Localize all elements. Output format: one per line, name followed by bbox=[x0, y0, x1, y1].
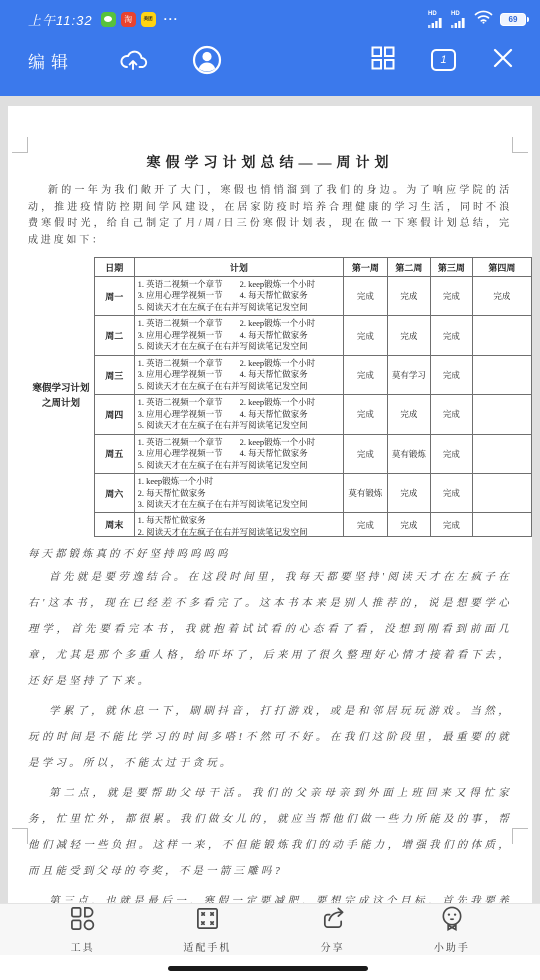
sim1-signal-icon: HD bbox=[428, 11, 444, 28]
week-status-cell: 莫有学习 bbox=[387, 355, 431, 394]
day-cell: 周五 bbox=[95, 434, 135, 473]
sim2-signal-icon: HD bbox=[451, 11, 467, 28]
share-label: 分享 bbox=[321, 939, 345, 954]
week-status-cell: 完成 bbox=[431, 355, 473, 394]
week-status-cell: 莫有锻炼 bbox=[387, 434, 431, 473]
day-cell: 周六 bbox=[95, 474, 135, 513]
week-status-cell bbox=[472, 395, 531, 434]
cloud-upload-button[interactable] bbox=[118, 48, 148, 72]
body-paragraph-2: 学累了，就休息一下，刷刷抖音，打打游戏，或是和邻居玩玩游戏。当然，玩的时间是不能… bbox=[28, 699, 512, 777]
document-page[interactable]: 寒假学习计划总结——周计划 新的一年为我们敞开了大门，寒假也悄悄溜到了我们的身边… bbox=[8, 106, 532, 903]
assistant-button[interactable]: 小助手 bbox=[434, 905, 470, 954]
edit-button[interactable]: 编辑 bbox=[28, 48, 74, 73]
table-header-row: 日期 计划 第一周 第二周 第三周 第四周 bbox=[95, 258, 532, 277]
weekly-plan-table-section: 寒假学习计划之周计划 日期 计划 第一周 第二周 第三周 第四周 周一1. bbox=[28, 257, 532, 537]
close-icon[interactable] bbox=[492, 47, 514, 74]
plan-table-row: 周末1. 每天帮忙做家务 2. 阅读天才在左疯子在右并写阅读笔记发空间完成完成完… bbox=[95, 513, 532, 537]
header-week4: 第四周 bbox=[472, 258, 531, 277]
plan-cell: 1. 每天帮忙做家务 2. 阅读天才在左疯子在右并写阅读笔记发空间 bbox=[134, 513, 344, 537]
table-row-group-label: 寒假学习计划之周计划 bbox=[28, 257, 94, 537]
gesture-nav-area bbox=[0, 955, 540, 980]
green-app-icon bbox=[101, 12, 116, 27]
day-cell: 周二 bbox=[95, 316, 135, 355]
day-cell: 周四 bbox=[95, 395, 135, 434]
wifi-icon bbox=[474, 10, 493, 29]
meituan-app-icon: 美团 bbox=[141, 12, 156, 27]
plan-table-row: 周三1. 英语二视频一个章节 2. keep锻炼一个小时 3. 应用心理学视频一… bbox=[95, 355, 532, 394]
header-date: 日期 bbox=[95, 258, 135, 277]
share-icon bbox=[320, 906, 346, 936]
tools-label: 工具 bbox=[71, 939, 95, 954]
more-notifications-dots: ··· bbox=[164, 12, 179, 26]
margin-mark-top-right bbox=[512, 137, 528, 153]
plan-table-row: 周六1. keep锻炼一个小时 2. 每天帮忙做家务 3. 阅读天才在左疯子在右… bbox=[95, 474, 532, 513]
clock: 上午11:32 bbox=[28, 10, 93, 29]
top-chrome: 上午11:32 淘 美团 ··· HD HD 69 编辑 bbox=[0, 0, 540, 96]
status-bar: 上午11:32 淘 美团 ··· HD HD 69 bbox=[0, 0, 540, 34]
week-status-cell: 完成 bbox=[431, 277, 473, 316]
body-paragraph-3: 第二点，就是要帮助父母干活。我们的父亲母亲到外面上班回来又得忙家务，忙里忙外，都… bbox=[28, 781, 512, 885]
plan-cell: 1. 英语二视频一个章节 2. keep锻炼一个小时 3. 应用心理学视频一节 … bbox=[134, 316, 344, 355]
plan-cell: 1. keep锻炼一个小时 2. 每天帮忙做家务 3. 阅读天才在左疯子在右并写… bbox=[134, 474, 344, 513]
fit-to-phone-button[interactable]: 适配手机 bbox=[183, 906, 231, 954]
intro-paragraph: 新的一年为我们敞开了大门，寒假也悄悄溜到了我们的身边。为了响应学院的活动，推进疫… bbox=[28, 183, 512, 249]
week-status-cell: 完成 bbox=[387, 395, 431, 434]
notification-app-icons: 淘 美团 bbox=[101, 12, 156, 27]
margin-mark-bottom-left bbox=[12, 828, 28, 844]
document-viewport[interactable]: 寒假学习计划总结——周计划 新的一年为我们敞开了大门，寒假也悄悄溜到了我们的身边… bbox=[0, 96, 540, 903]
week-status-cell: 完成 bbox=[431, 316, 473, 355]
week-status-cell bbox=[472, 316, 531, 355]
week-status-cell bbox=[472, 355, 531, 394]
tools-grid-icon bbox=[70, 906, 95, 936]
battery-icon: 69 bbox=[500, 13, 526, 26]
plan-cell: 1. 英语二视频一个章节 2. keep锻炼一个小时 3. 应用心理学视频一节 … bbox=[134, 355, 344, 394]
week-status-cell bbox=[472, 434, 531, 473]
week-status-cell: 完成 bbox=[344, 316, 388, 355]
plan-cell: 1. 英语二视频一个章节 2. keep锻炼一个小时 3. 应用心理学视频一节 … bbox=[134, 395, 344, 434]
bottom-toolbar: 工具 适配手机 分享 小助手 bbox=[0, 903, 540, 955]
day-cell: 周三 bbox=[95, 355, 135, 394]
week-status-cell: 完成 bbox=[344, 513, 388, 537]
plan-table-row: 周四1. 英语二视频一个章节 2. keep锻炼一个小时 3. 应用心理学视频一… bbox=[95, 395, 532, 434]
page-indicator[interactable]: 1 bbox=[431, 49, 456, 71]
week-status-cell bbox=[472, 474, 531, 513]
fit-to-phone-label: 适配手机 bbox=[183, 939, 231, 954]
week-status-cell bbox=[472, 513, 531, 537]
document-toolbar: 编辑 1 bbox=[0, 34, 540, 94]
document-title: 寒假学习计划总结——周计划 bbox=[28, 152, 512, 172]
grid-view-button[interactable] bbox=[371, 46, 395, 75]
week-status-cell: 完成 bbox=[431, 513, 473, 537]
body-paragraph-1: 首先就是要劳逸结合。在这段时间里，我每天都要坚持'阅读天才在左疯子在右'这本书，… bbox=[28, 565, 512, 695]
margin-mark-bottom-right bbox=[512, 828, 528, 844]
header-week3: 第三周 bbox=[431, 258, 473, 277]
weekly-plan-table: 日期 计划 第一周 第二周 第三周 第四周 周一1. 英语二视频一个章节 2. … bbox=[94, 257, 532, 537]
week-status-cell: 完成 bbox=[387, 277, 431, 316]
share-button[interactable]: 分享 bbox=[320, 906, 346, 954]
week-status-cell: 莫有锻炼 bbox=[344, 474, 388, 513]
plan-cell: 1. 英语二视频一个章节 2. keep锻炼一个小时 3. 应用心理学视频一节 … bbox=[134, 434, 344, 473]
week-status-cell: 完成 bbox=[344, 395, 388, 434]
week-status-cell: 完成 bbox=[387, 316, 431, 355]
week-status-cell: 完成 bbox=[344, 277, 388, 316]
plan-table-row: 周五1. 英语二视频一个章节 2. keep锻炼一个小时 3. 应用心理学视频一… bbox=[95, 434, 532, 473]
week-status-cell: 完成 bbox=[431, 395, 473, 434]
plan-table-row: 周一1. 英语二视频一个章节 2. keep锻炼一个小时 3. 应用心理学视频一… bbox=[95, 277, 532, 316]
plan-cell: 1. 英语二视频一个章节 2. keep锻炼一个小时 3. 应用心理学视频一节 … bbox=[134, 277, 344, 316]
week-status-cell: 完成 bbox=[387, 474, 431, 513]
taobao-app-icon: 淘 bbox=[121, 12, 136, 27]
header-plan: 计划 bbox=[134, 258, 344, 277]
week-status-cell: 完成 bbox=[344, 355, 388, 394]
day-cell: 周一 bbox=[95, 277, 135, 316]
week-status-cell: 完成 bbox=[387, 513, 431, 537]
week-status-cell: 完成 bbox=[431, 474, 473, 513]
assistant-label: 小助手 bbox=[434, 939, 470, 954]
week-status-cell: 完成 bbox=[431, 434, 473, 473]
body-paragraph-4: 第三点，也就是最后一，寒假一定要减肥，要想完成这个目标，首先我要养成早睡早起 bbox=[28, 889, 512, 903]
header-week2: 第二周 bbox=[387, 258, 431, 277]
week-status-cell: 完成 bbox=[472, 277, 531, 316]
fit-to-phone-icon bbox=[195, 906, 220, 936]
plan-table-row: 周二1. 英语二视频一个章节 2. keep锻炼一个小时 3. 应用心理学视频一… bbox=[95, 316, 532, 355]
assistant-icon bbox=[439, 905, 465, 936]
handwritten-note: 每天都锻炼真的不好坚持呜呜呜呜 bbox=[28, 546, 512, 561]
gesture-bar-handle[interactable] bbox=[168, 966, 368, 971]
account-avatar-button[interactable] bbox=[192, 45, 222, 75]
margin-mark-top-left bbox=[12, 137, 28, 153]
week-status-cell: 完成 bbox=[344, 434, 388, 473]
header-week1: 第一周 bbox=[344, 258, 388, 277]
tools-button[interactable]: 工具 bbox=[70, 906, 95, 954]
day-cell: 周末 bbox=[95, 513, 135, 537]
